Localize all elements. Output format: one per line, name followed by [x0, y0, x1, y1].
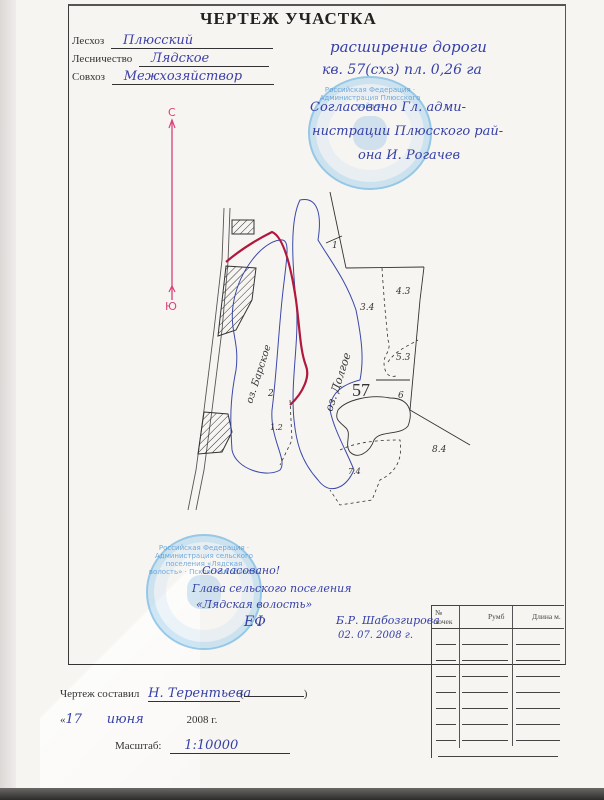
- signer-name: Б.Р. Шабозгирова: [336, 614, 440, 627]
- svg-text:2: 2: [267, 389, 274, 399]
- table-row-line: [516, 644, 560, 645]
- svg-text:1: 1: [332, 241, 338, 251]
- table-row-line: [462, 660, 508, 661]
- signature: ЕФ: [244, 614, 266, 630]
- compiled-by: Н. Терентьева: [148, 686, 251, 701]
- scale-row: Масштаб: 1:10000: [115, 738, 290, 754]
- svg-text:1.2: 1.2: [270, 423, 283, 432]
- date-day: 17: [66, 712, 83, 727]
- road-edge-lines: [188, 208, 230, 510]
- date-year: 2008 г.: [187, 714, 218, 726]
- north-arrow: С Ю: [165, 106, 177, 313]
- table-row-line: [516, 724, 560, 725]
- table-row-line: [462, 692, 508, 693]
- date-month: июня: [107, 712, 144, 727]
- table-row-line: [462, 676, 508, 677]
- svg-text:С: С: [168, 106, 176, 119]
- table-row-line: [436, 740, 456, 741]
- coordinates-table: № точек Румб Длина м.: [431, 605, 564, 758]
- table-row-line: [436, 660, 456, 661]
- svg-text:Ю: Ю: [165, 300, 177, 313]
- table-row-line: [516, 708, 560, 709]
- table-row-line: [462, 644, 508, 645]
- approval-bottom-line2: Глава сельского поселения: [192, 582, 352, 595]
- svg-text:4.3: 4.3: [395, 287, 411, 297]
- scan-edge: [0, 788, 604, 800]
- table-row-line: [516, 676, 560, 677]
- compiled-by-row: Чертеж составил Н. Терентьева(): [60, 686, 307, 702]
- svg-text:оз. Долгое: оз. Долгое: [322, 351, 353, 413]
- table-row-line: [436, 676, 456, 677]
- scale-value: 1:10000: [184, 738, 238, 753]
- table-header-length: Длина м.: [532, 612, 561, 621]
- table-row-line: [516, 660, 560, 661]
- table-row-line: [516, 692, 560, 693]
- approval-date: 02. 07. 2008 г.: [338, 630, 413, 641]
- table-row-line: [436, 708, 456, 709]
- svg-text:6: 6: [398, 391, 404, 401]
- table-header-points: № точек: [435, 608, 461, 626]
- date-row: «17 июня 2008 г.: [60, 712, 217, 727]
- table-row-line: [436, 724, 456, 725]
- svg-text:8.4: 8.4: [432, 445, 447, 455]
- svg-text:3.4: 3.4: [360, 303, 375, 313]
- svg-text:5.3: 5.3: [396, 353, 411, 363]
- svg-text:57: 57: [352, 380, 370, 400]
- svg-text:7.4: 7.4: [348, 467, 361, 476]
- scale-label: Масштаб:: [115, 740, 162, 752]
- table-row-line: [436, 644, 456, 645]
- compiled-label: Чертеж составил: [60, 688, 139, 700]
- table-header-rhumb: Румб: [488, 612, 504, 621]
- plot-boundaries: [326, 192, 470, 445]
- table-row-line: [462, 740, 508, 741]
- table-row-line: [462, 724, 508, 725]
- table-row-line: [462, 708, 508, 709]
- approval-bottom-line1: Согласовано!: [202, 564, 280, 577]
- approval-bottom-line3: «Лядская волость»: [196, 598, 312, 611]
- table-row-line: [436, 692, 456, 693]
- table-row-line: [516, 740, 560, 741]
- hatched-structures: [198, 220, 256, 454]
